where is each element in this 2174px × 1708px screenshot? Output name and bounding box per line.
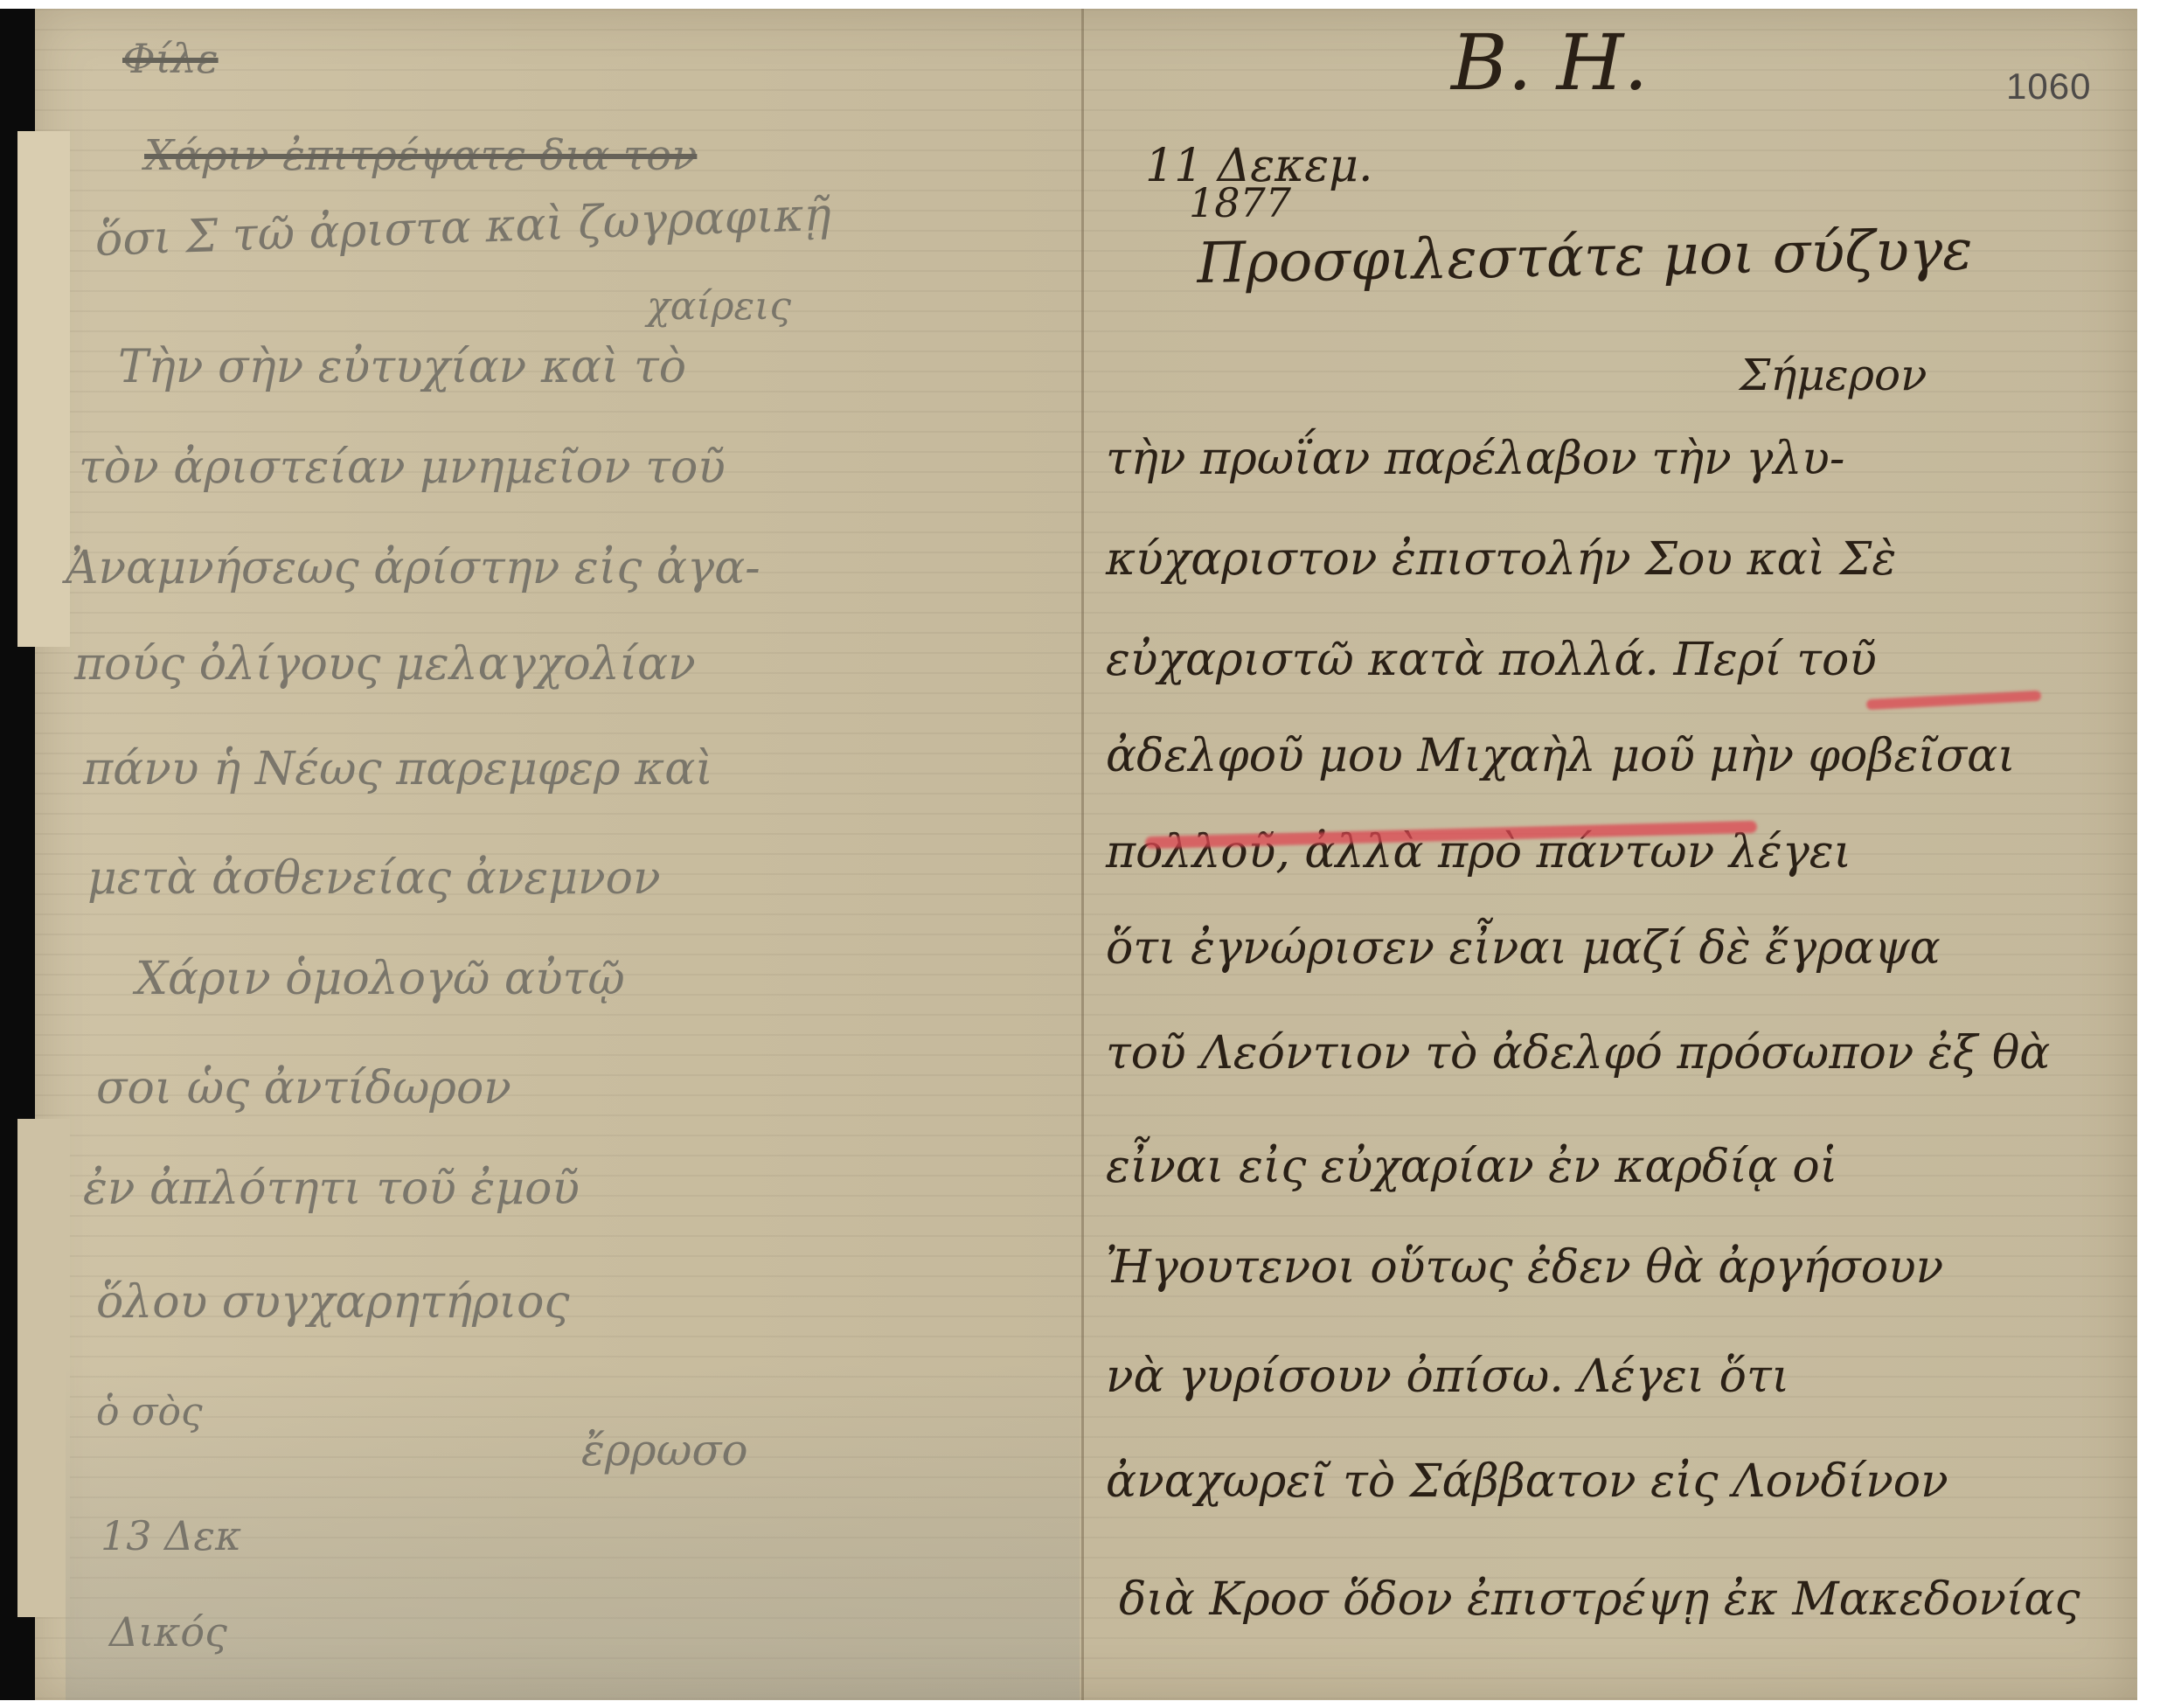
salutation: Προσφιλεστάτε μοι σύζυγε [1197, 219, 1973, 296]
draft-line-14: ὅλου συγχαρητήριος [96, 1276, 570, 1329]
letter-line-12: ἀναχωρεῖ τὸ Σάββατον εἰς Λονδίνον [1106, 1455, 1948, 1508]
draft-line-13: ἐν ἀπλότητι τοῦ ἐμοῦ [83, 1163, 580, 1215]
torn-paper-flap-lower [17, 1119, 70, 1617]
draft-line-6: τὸν ἀριστείαν μνημεῖον τοῦ [79, 441, 726, 494]
letter-line-5: ἀδελφοῦ μου Μιχαὴλ μοῦ μὴν φοβεῖσαι [1106, 730, 2016, 782]
draft-line-12: σοι ὡς ἀντίδωρον [96, 1062, 511, 1114]
draft-closing: ἔρρωσο [581, 1425, 748, 1475]
page-fold [1081, 9, 1084, 1700]
draft-date: 13 Δεκ [101, 1512, 241, 1559]
letter-line-4: εὐχαριστῶ κατὰ πολλά. Περί τοῦ [1106, 634, 1877, 686]
draft-line-1: Φίλε [122, 35, 219, 82]
letter-line-11: νὰ γυρίσουν ὀπίσω. Λέγει ὅτι [1106, 1350, 1789, 1403]
archive-number: 1060 [2006, 66, 2091, 108]
letter-line-3: κύχαριστον ἐπιστολήν Σου καὶ Σὲ [1106, 533, 1896, 586]
letter-line-7: ὅτι ἐγνώρισεν εἶναι μαζί δὲ ἔγραψα [1106, 922, 1941, 975]
letter-year: 1877 [1189, 179, 1291, 226]
draft-line-8: πούς ὀλίγους μελαγχολίαν [74, 638, 696, 691]
draft-sign-1: ὁ σὸς [96, 1390, 203, 1434]
draft-line-10: μετὰ ἀσθενείας ἀνεμνον [87, 852, 661, 905]
draft-line-7: Ἀναμνήσεως ἀρίστην εἰς ἀγα- [66, 542, 761, 594]
torn-paper-flap-upper [17, 131, 70, 647]
draft-sign-2: Δικός [109, 1608, 227, 1656]
draft-line-11: Χάριν ὁμολογῶ αὐτῷ [135, 953, 625, 1005]
letter-line-10: Ἠγουτενοι οὕτως ἐδεν θὰ ἀργήσουν [1106, 1241, 1943, 1294]
draft-line-5: Τὴν σὴν εὐτυχίαν καὶ τὸ [118, 341, 686, 393]
letter-line-2: τὴν πρωΐαν παρέλαβον τὴν γλυ- [1106, 433, 1844, 485]
draft-line-2: Χάριν ἐπιτρέψατε δια τον [144, 131, 697, 180]
header-initials: Β. Η. [1451, 17, 1648, 108]
letter-line-13: διὰ Κροσ ὅδον ἐπιστρέψῃ ἐκ Μακεδονίας [1119, 1573, 2080, 1626]
draft-line-4: χαίρεις [647, 284, 791, 329]
draft-line-9: πάνυ ἡ Νέως παρεμφερ καὶ [83, 743, 713, 795]
letter-line-1: Σήμερον [1740, 350, 1927, 400]
letter-line-8: τοῦ Λεόντιον τὸ ἀδελφό πρόσωπον ἐξ θὰ [1106, 1027, 2050, 1080]
letter-line-9: εἶναι εἰς εὐχαρίαν ἐν καρδίᾳ οἱ [1106, 1141, 1837, 1193]
